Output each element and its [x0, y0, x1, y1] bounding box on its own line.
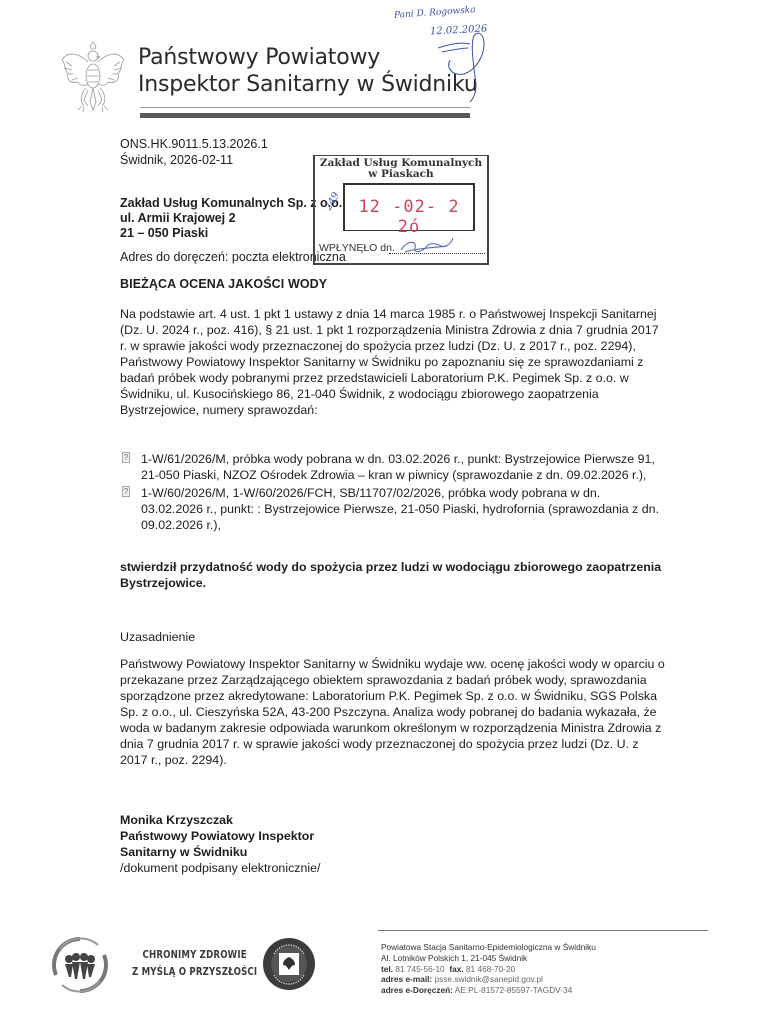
handwritten-signature-icon [390, 4, 500, 104]
place-and-date: Świdnik, 2026-02-11 [120, 152, 268, 168]
stamp-date: 12 -02- 2 2ó [345, 197, 473, 237]
email-value[interactable]: psse.swidnik@sanepid.gov.pl [435, 974, 543, 984]
tel-label: tel. [381, 964, 393, 974]
electronic-signature-note: /dokument podpisany elektronicznie/ [120, 860, 320, 876]
footer-phone-fax: tel. 81 745-56-10 fax. 81 468-70-20 [381, 964, 596, 975]
document-title: BIEŻĄCA OCENA JAKOŚCI WODY [120, 277, 327, 291]
list-item: ? 1-W/61/2026/M, próbka wody pobrana w d… [120, 451, 665, 483]
stamp-entry-number: 249 [323, 190, 342, 212]
sanepid-seal-icon [262, 937, 316, 991]
intro-paragraph: Na podstawie art. 4 ust. 1 pkt 1 ustawy … [120, 306, 660, 418]
justification-title: Uzasadnienie [120, 630, 195, 644]
recipient-city: 21 – 050 Piaski [120, 226, 342, 241]
header-divider-thick [140, 113, 470, 118]
polish-eagle-emblem-icon [58, 40, 128, 118]
recipient-address: Zakład Usług Komunalnych Sp. z o.o. ul. … [120, 196, 342, 241]
signatory-position-line2: Sanitarny w Świdniku [120, 844, 320, 860]
tel-value: 81 745-56-10 [395, 964, 444, 974]
stamp-organization: Zakład Usług Komunalnych w Piaskach [315, 158, 487, 180]
header-divider-thin [140, 107, 470, 108]
edelivery-value: AE:PL-81572-85597-TAGDV-34 [455, 985, 572, 995]
stamp-org-line2: w Piaskach [315, 169, 487, 180]
delivery-address: Adres do doręczeń: poczta elektroniczna [120, 250, 346, 264]
list-item: ? 1-W/60/2026/M, 1-W/60/2026/FCH, SB/117… [120, 485, 665, 533]
received-stamp: Zakład Usług Komunalnych w Piaskach 249 … [313, 155, 489, 265]
footer-address: Al. Lotników Polskich 1, 21-045 Świdnik [381, 953, 596, 964]
slogan-line1: CHRONIMY ZDROWIE [132, 947, 257, 964]
signatory-position-line1: Państwowy Powiatowy Inspektor [120, 828, 320, 844]
recipient-street: ul. Armii Krajowej 2 [120, 211, 342, 226]
report-text: 1-W/60/2026/M, 1-W/60/2026/FCH, SB/11707… [141, 486, 659, 532]
footer-divider [378, 930, 708, 931]
missing-glyph-bullet-icon: ? [122, 452, 130, 463]
people-circle-logo-icon [50, 935, 110, 995]
footer-email: adres e-mail: psse.swidnik@sanepid.gov.p… [381, 974, 596, 985]
report-text: 1-W/61/2026/M, próbka wody pobrana w dn.… [141, 452, 655, 482]
reports-list: ? 1-W/61/2026/M, próbka wody pobrana w d… [120, 451, 665, 535]
case-number: ONS.HK.9011.5.13.2026.1 [120, 136, 268, 152]
recipient-name: Zakład Usług Komunalnych Sp. z o.o. [120, 196, 342, 211]
stamp-date-box: 12 -02- 2 2ó [343, 183, 475, 231]
handwritten-annotation: Pani D. Rogowska 12.02.2026 [390, 4, 500, 104]
signatory-name: Monika Krzyszczak [120, 812, 320, 828]
email-label: adres e-mail: [381, 974, 432, 984]
slogan-line2: Z MYŚLĄ O PRZYSZŁOŚCI [132, 964, 257, 981]
footer-slogan: CHRONIMY ZDROWIE Z MYŚLĄ O PRZYSZŁOŚCI [132, 947, 257, 981]
stamp-signature-icon [397, 236, 457, 256]
document-reference: ONS.HK.9011.5.13.2026.1 Świdnik, 2026-02… [120, 136, 268, 168]
footer-edelivery: adres e-Doręczeń: AE:PL-81572-85597-TAGD… [381, 985, 596, 996]
justification-text: Państwowy Powiatowy Inspektor Sanitarny … [120, 656, 665, 768]
fax-label: fax. [449, 964, 463, 974]
footer-contact: Powiatowa Stacja Sanitarno-Epidemiologic… [381, 942, 596, 996]
fax-value: 81 468-70-20 [466, 964, 515, 974]
missing-glyph-bullet-icon: ? [122, 486, 130, 497]
stamp-received-label: WPŁYNĘŁO dn. [319, 242, 395, 254]
signature-block: Monika Krzyszczak Państwowy Powiatowy In… [120, 812, 320, 876]
conclusion: stwierdził przydatność wody do spożycia … [120, 559, 665, 591]
edelivery-label: adres e-Doręczeń: [381, 985, 453, 995]
footer-institution: Powiatowa Stacja Sanitarno-Epidemiologic… [381, 942, 596, 953]
